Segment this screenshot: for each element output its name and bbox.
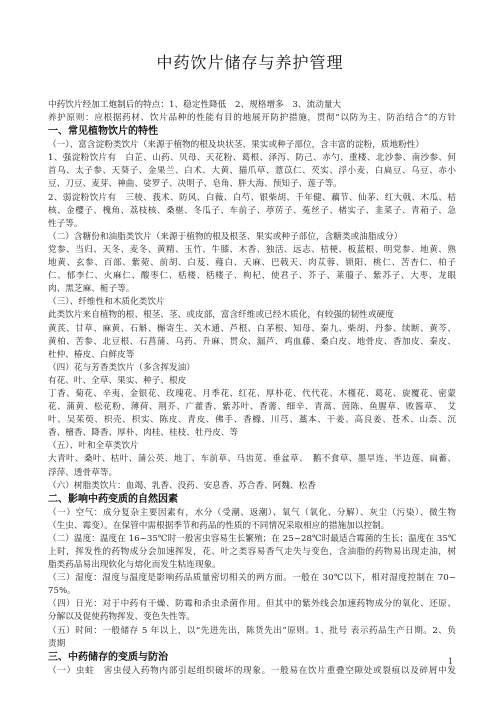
body-text-line: （生虫、霉变）。在保管中需根据季节和药品的性质的不同情况采取相应的措施加以控制。 <box>48 520 456 533</box>
body-text-line: （五）时间：一般储存 5 年以上，以“先进先出，陈货先出”原则。1、批号 表示药… <box>48 625 456 638</box>
document-page: 中药饮片储存与养护管理 中药饮片经加工炮制后的特点：1、稳定性降低 2、规格增多… <box>0 0 500 707</box>
body-text-line: 中药饮片经加工炮制后的特点：1、稳定性降低 2、规格增多 3、流动量大 <box>48 99 456 112</box>
body-text-line: 分解以及促使药物挥发、变色失性等。 <box>48 611 456 624</box>
body-text-line: （四）日光：对于中药有干燥、防霉和杀虫杀菌作用。但其中的紫外线会加速药物成分的氧… <box>48 598 456 611</box>
section-heading: 二、影响中药变质的自然因素 <box>48 493 456 507</box>
body-text-line: 黄柏、苦参、北豆根、石菖蒲、乌药、升麻、贯众、漏芦、鸡血藤、桑白皮、地骨皮、香加… <box>48 336 456 349</box>
body-text-line: 地黄、玄参、百部、紫菀、前胡、白芨、薤白、天麻、巴戟天、肉苁蓉、锁阳、桃仁、苦杏… <box>48 257 456 270</box>
body-text-line: 香、檀香、降香、厚朴、肉桂、桂枝、牡丹皮、等 <box>48 427 456 440</box>
body-text-line: 性子等。 <box>48 218 456 231</box>
body-text-line: 豆、刀豆、麦芽、神曲、娑罗子、决明子、皂角、胖大海、预知子、莲子等。 <box>48 178 456 191</box>
section-heading: 一、常见植物饮片的特性 <box>48 125 456 139</box>
section-heading: 三、中药储存的变质与防治 <box>48 651 456 665</box>
body-text-line: （六）树脂类饮片：血竭、乳香、没药、安息香、苏合香、阿魏、松香 <box>48 480 456 493</box>
body-text-line: 核、金樱子、槐角、荔枝核、桑椹、冬瓜子、车前子、葶苈子、菟丝子、楮实子、韭菜子、… <box>48 205 456 218</box>
body-text-line: 1、强淀粉饮片有 白芷、山药、贝母、天花粉、葛根、泽泻、防己、赤勺、重楼、北沙参… <box>48 152 456 165</box>
body-text-line: 责期 <box>48 638 456 651</box>
body-text-line: （三）、纤维性和木质化类饮片 <box>48 296 456 309</box>
body-text-line: （二）温度：温度在 16~35℃时一般害虫容易生长繁殖；在 25~28℃时最适合… <box>48 533 456 546</box>
body-text-line: （五）、叶和全草类饮片 <box>48 440 456 453</box>
body-text-line: 浮萍、透骨草等。 <box>48 467 456 480</box>
body-text-line: 养护原则：应根据药材、饮片品种的性能有目的地展开防护措施，贯彻“以防为主、防治结… <box>48 112 456 125</box>
body-text-line: 仁、郁李仁、火麻仁、酸枣仁、栝楼、栝楼子、枸杞、使君子、芥子、莱菔子、紫苏子、大… <box>48 270 456 283</box>
body-text-line: 上时，挥发性的药物成分会加速挥发，花、叶之类容易香气走失与变色，含油脂的药物易出… <box>48 546 456 559</box>
body-text-line: 黄芪、甘草、麻黄、石斛、槲寄生、关木通、芦根、白茅根、知母、秦九、柴胡、丹参、续… <box>48 323 456 336</box>
body-text-line: 有花、叶、全草、果实、种子、根皮 <box>48 375 456 388</box>
page-number: 1 <box>448 657 453 666</box>
document-title: 中药饮片储存与养护管理 <box>0 50 500 73</box>
body-text-line: 花、蒲黄、松花粉、薄荷、荆芥、广藿香、紫苏叶、香薷、细辛、青蒿、茵陈、鱼腥草、败… <box>48 401 456 414</box>
body-text-line: 2、弱淀粉饮片有 三棱、莪术、防风、白薇、白芍、银柴胡、千年健、藕节、仙茅、红大… <box>48 192 456 205</box>
body-text-line: 杜仲、椿皮、白鲜皮等 <box>48 349 456 362</box>
body-text-line: 首乌、太子参、天葵子、金果兰、白术、大黄、猫爪草、薏苡仁、芡实、浮小麦、白扁豆、… <box>48 165 456 178</box>
body-text-line: 叶、吴茱萸、枳壳、枳实、陈皮、青皮、佛手、香橼、川芎、藁本、干姜、高良姜、苍术、… <box>48 414 456 427</box>
body-text-line: （三）湿度：湿度与温度是影响药品质量密切相关的两方面。一般在 30℃以下，相对湿… <box>48 572 456 585</box>
body-text-line: （四）花与芳香类饮片（多含挥发油） <box>48 362 456 375</box>
document-body: 中药饮片经加工炮制后的特点：1、稳定性降低 2、规格增多 3、流动量大养护原则：… <box>48 99 456 678</box>
body-text-line: 党参、当归、天冬、麦冬、黄精、玉竹、牛膝、木香、独活、远志、桔梗、板蓝根、明党参… <box>48 244 456 257</box>
body-text-line: （一）空气：成分复杂主要因素有，水分（受潮、返潮）、氧气（氧化、分解）、灰尘（污… <box>48 507 456 520</box>
body-text-line: 丁香、菊花、辛夷、金银花、玫瑰花、月季花、红花、厚朴花、代代花、木槿花、葛花、旋… <box>48 388 456 401</box>
body-text-line: 此类饮片来自植物的根、根茎、茎、或皮部，富含纤维或已经木质化，有较强的韧性或硬度 <box>48 309 456 322</box>
body-text-line: 75%。 <box>48 585 456 598</box>
body-text-line: 肉、黑芝麻、栀子等。 <box>48 283 456 296</box>
body-text-line: （一）、富含淀粉类饮片（来源于植物的根及块状茎、果实或种子部位，含丰富的淀粉，质… <box>48 139 456 152</box>
body-text-line: 脂类药品易出现软化与熔化而发生粘连现象。 <box>48 559 456 572</box>
body-text-line: 大青叶、桑叶、枯叶、蒲公英、地丁、车前草、马齿苋、垂盆草、 鹅不食草、墨旱连、半… <box>48 453 456 466</box>
body-text-line: （二）含糖份和油脂类饮片（来源于植物的根及根茎、果实或种子部位，含糖类或油脂成分… <box>48 231 456 244</box>
body-text-line: （一）虫蛀 害虫侵入药物内部引起组织破坏的现象。一般易在饮片重叠空隙处或裂痕以及… <box>48 665 456 678</box>
